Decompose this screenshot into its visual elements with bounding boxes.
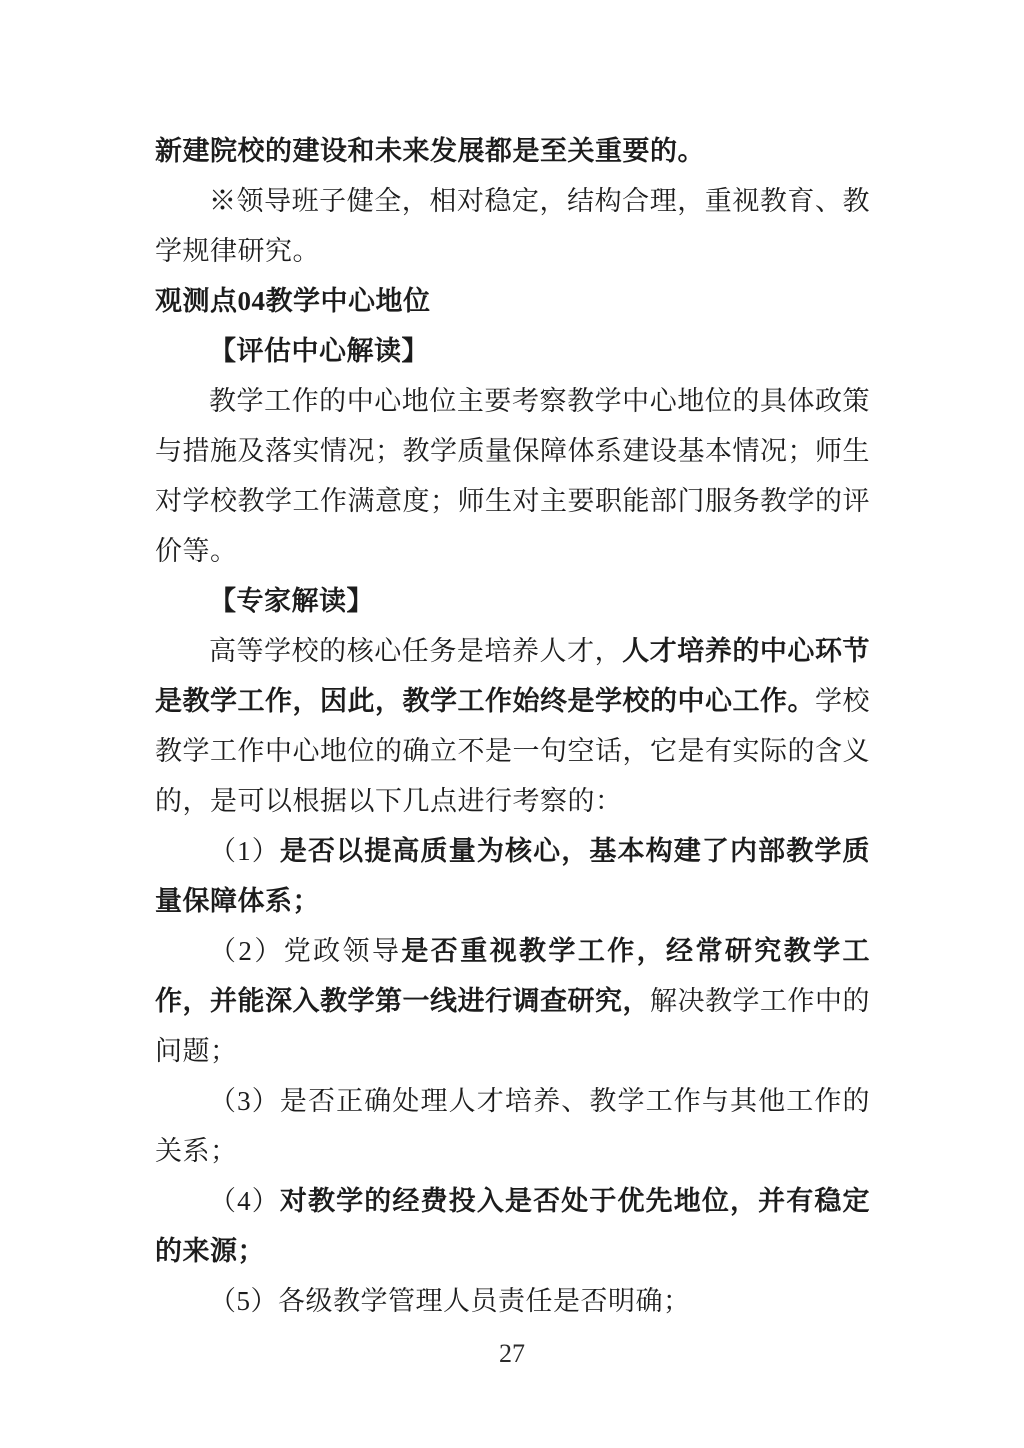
text-run: 【评估中心解读】: [209, 336, 429, 366]
text-run: （4）: [209, 1186, 280, 1216]
text-run: （5）各级教学管理人员责任是否明确；: [209, 1286, 691, 1316]
item-4: （4）对教学的经费投入是否处于优先地位，并有稳定的来源；: [155, 1176, 870, 1276]
text-run: （1）: [209, 836, 280, 866]
evaluation-center-body: 教学工作的中心地位主要考察教学中心地位的具体政策与措施及落实情况；教学质量保障体…: [155, 376, 870, 576]
paragraph-continuation: 新建院校的建设和未来发展都是至关重要的。: [155, 126, 870, 176]
text-run: 高等学校的核心任务是培养人才，: [209, 636, 622, 666]
expert-body: 高等学校的核心任务是培养人才，人才培养的中心环节是教学工作，因此，教学工作始终是…: [155, 626, 870, 826]
expert-heading: 【专家解读】: [155, 576, 870, 626]
text-run: ※领导班子健全，相对稳定，结构合理，重视教育、教学规律研究。: [155, 186, 870, 266]
item-5: （5）各级教学管理人员责任是否明确；: [155, 1276, 870, 1326]
page-number: 27: [0, 1336, 1024, 1372]
evaluation-center-heading: 【评估中心解读】: [155, 326, 870, 376]
document-page: 新建院校的建设和未来发展都是至关重要的。 ※领导班子健全，相对稳定，结构合理，重…: [0, 0, 1024, 1448]
observation-point-heading: 观测点04教学中心地位: [155, 276, 870, 326]
item-2: （2）党政领导是否重视教学工作，经常研究教学工作，并能深入教学第一线进行调查研究…: [155, 926, 870, 1076]
item-3: （3）是否正确处理人才培养、教学工作与其他工作的关系；: [155, 1076, 870, 1176]
page-body: 新建院校的建设和未来发展都是至关重要的。 ※领导班子健全，相对稳定，结构合理，重…: [155, 126, 870, 1326]
note-paragraph: ※领导班子健全，相对稳定，结构合理，重视教育、教学规律研究。: [155, 176, 870, 276]
text-run: 新建院校的建设和未来发展都是至关重要的。: [155, 136, 705, 166]
text-run: （2）党政领导: [209, 936, 401, 966]
text-run: 【专家解读】: [209, 586, 374, 616]
text-run: 教学工作的中心地位主要考察教学中心地位的具体政策与措施及落实情况；教学质量保障体…: [155, 386, 870, 566]
item-1: （1）是否以提高质量为核心，基本构建了内部教学质量保障体系；: [155, 826, 870, 926]
text-run: （3）是否正确处理人才培养、教学工作与其他工作的关系；: [155, 1086, 870, 1166]
text-run: 观测点04教学中心地位: [155, 286, 431, 316]
